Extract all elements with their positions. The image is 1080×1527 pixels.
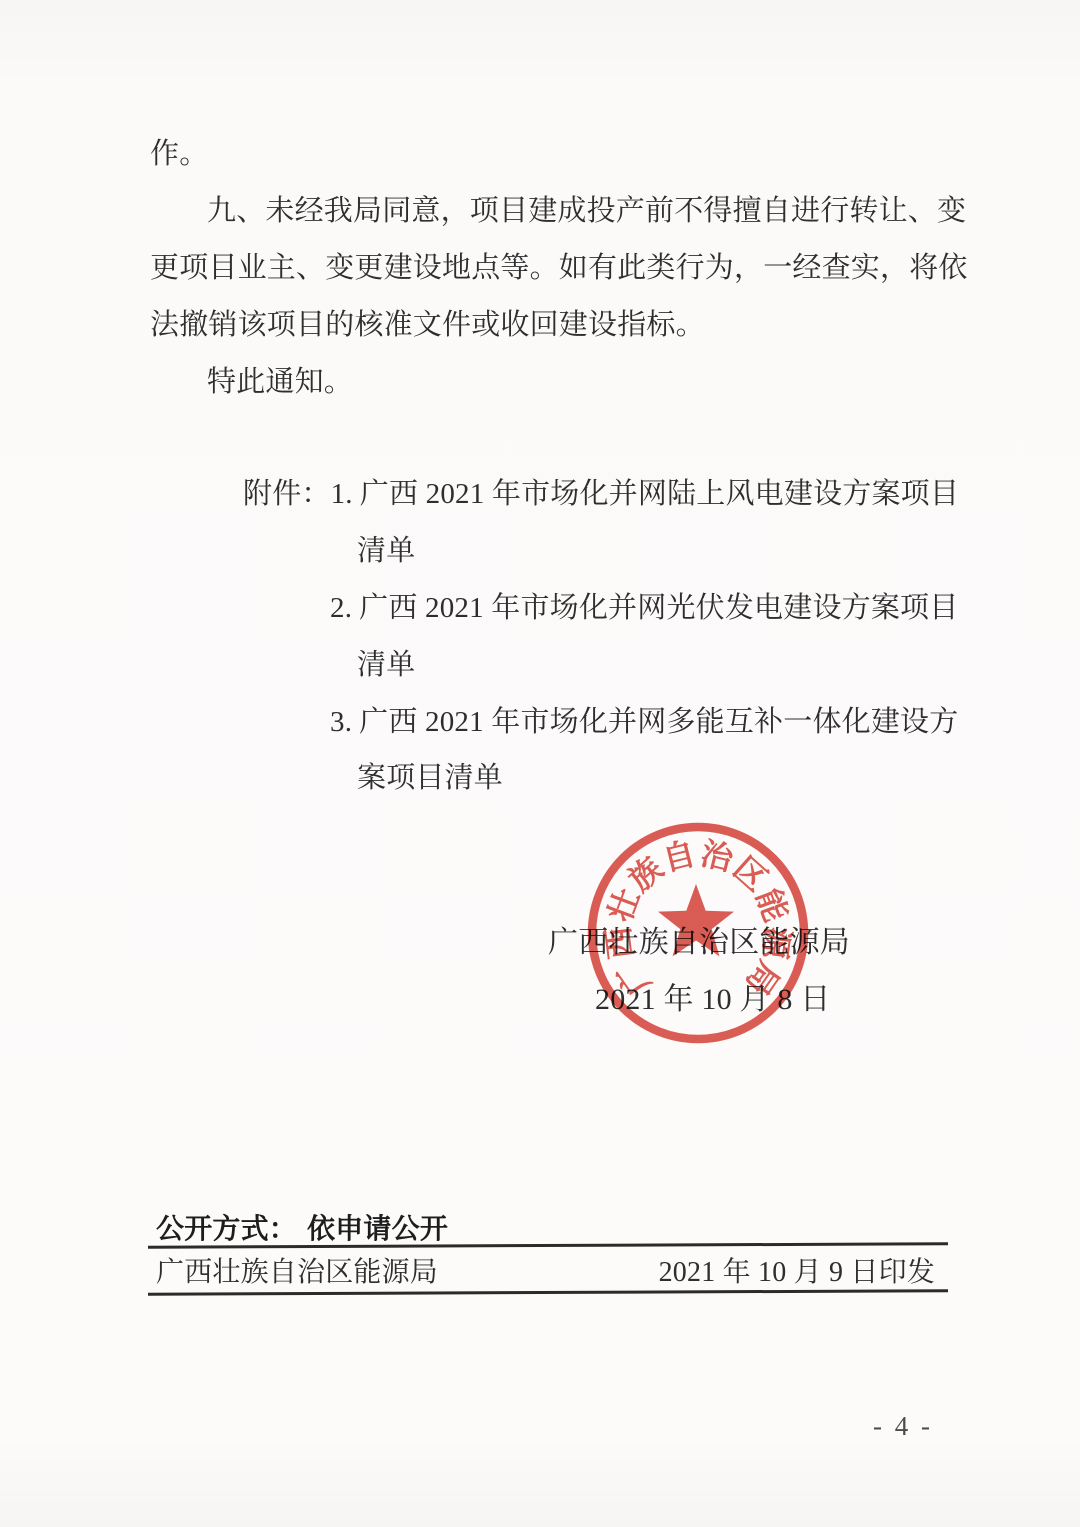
attachment-item-2-line-2: 清单 (357, 650, 415, 681)
seal-star-icon (658, 884, 734, 956)
closing-line: 特此通知。 (207, 367, 353, 398)
attachment-item-3-line-2: 案项目清单 (357, 763, 503, 794)
footer-rule-bottom (148, 1289, 948, 1295)
official-seal: 广西壮族自治区能源局 (548, 783, 848, 1083)
attachment-3-number: 3. (330, 707, 352, 738)
attachment-1-text: 广西 2021 年市场化并网陆上风电建设方案项目 (360, 479, 959, 510)
attachment-2-number: 2. (330, 593, 352, 624)
paragraph-nine-line-2: 更项目业主、变更建设地点等。如有此类行为，一经查实，将依 (150, 253, 968, 284)
paragraph-nine-line-3: 法撤销该项目的核准文件或收回建设指标。 (150, 310, 705, 341)
attachments-label: 附件： (243, 479, 331, 510)
body-carryover-line: 作。 (150, 139, 208, 170)
svg-text:自: 自 (659, 835, 699, 878)
disclosure-label: 公开方式： (156, 1213, 297, 1244)
svg-text:源: 源 (756, 925, 796, 962)
attachment-item-3-line-1: 3. 广西 2021 年市场化并网多能互补一体化建设方 (330, 707, 958, 738)
attachment-item-2-line-1: 2. 广西 2021 年市场化并网光伏发电建设方案项目 (330, 593, 958, 624)
attachment-item-1-line-2: 清单 (357, 536, 415, 567)
paragraph-nine-line-1: 九、未经我局同意，项目建成投产前不得擅自进行转让、变 (207, 196, 966, 227)
footer-print-date: 2021 年 10 月 9 日印发 (659, 1257, 935, 1288)
svg-text:西: 西 (600, 925, 640, 961)
attachment-1-number: 1. (331, 479, 353, 510)
attachment-2-text: 广西 2021 年市场化并网光伏发电建设方案项目 (359, 593, 958, 624)
document-page: 作。 九、未经我局同意，项目建成投产前不得擅自进行转让、变 更项目业主、变更建设… (0, 0, 1080, 1527)
page-number: - 4 - (873, 1411, 933, 1442)
footer-issuer: 广西壮族自治区能源局 (156, 1257, 438, 1288)
disclosure-row: 公开方式：依申请公开 (156, 1213, 448, 1245)
attachment-item-1-line-1: 附件： 1. 广西 2021 年市场化并网陆上风电建设方案项目 (243, 479, 959, 510)
disclosure-value: 依申请公开 (307, 1214, 448, 1245)
attachment-3-text: 广西 2021 年市场化并网多能互补一体化建设方 (359, 707, 958, 738)
